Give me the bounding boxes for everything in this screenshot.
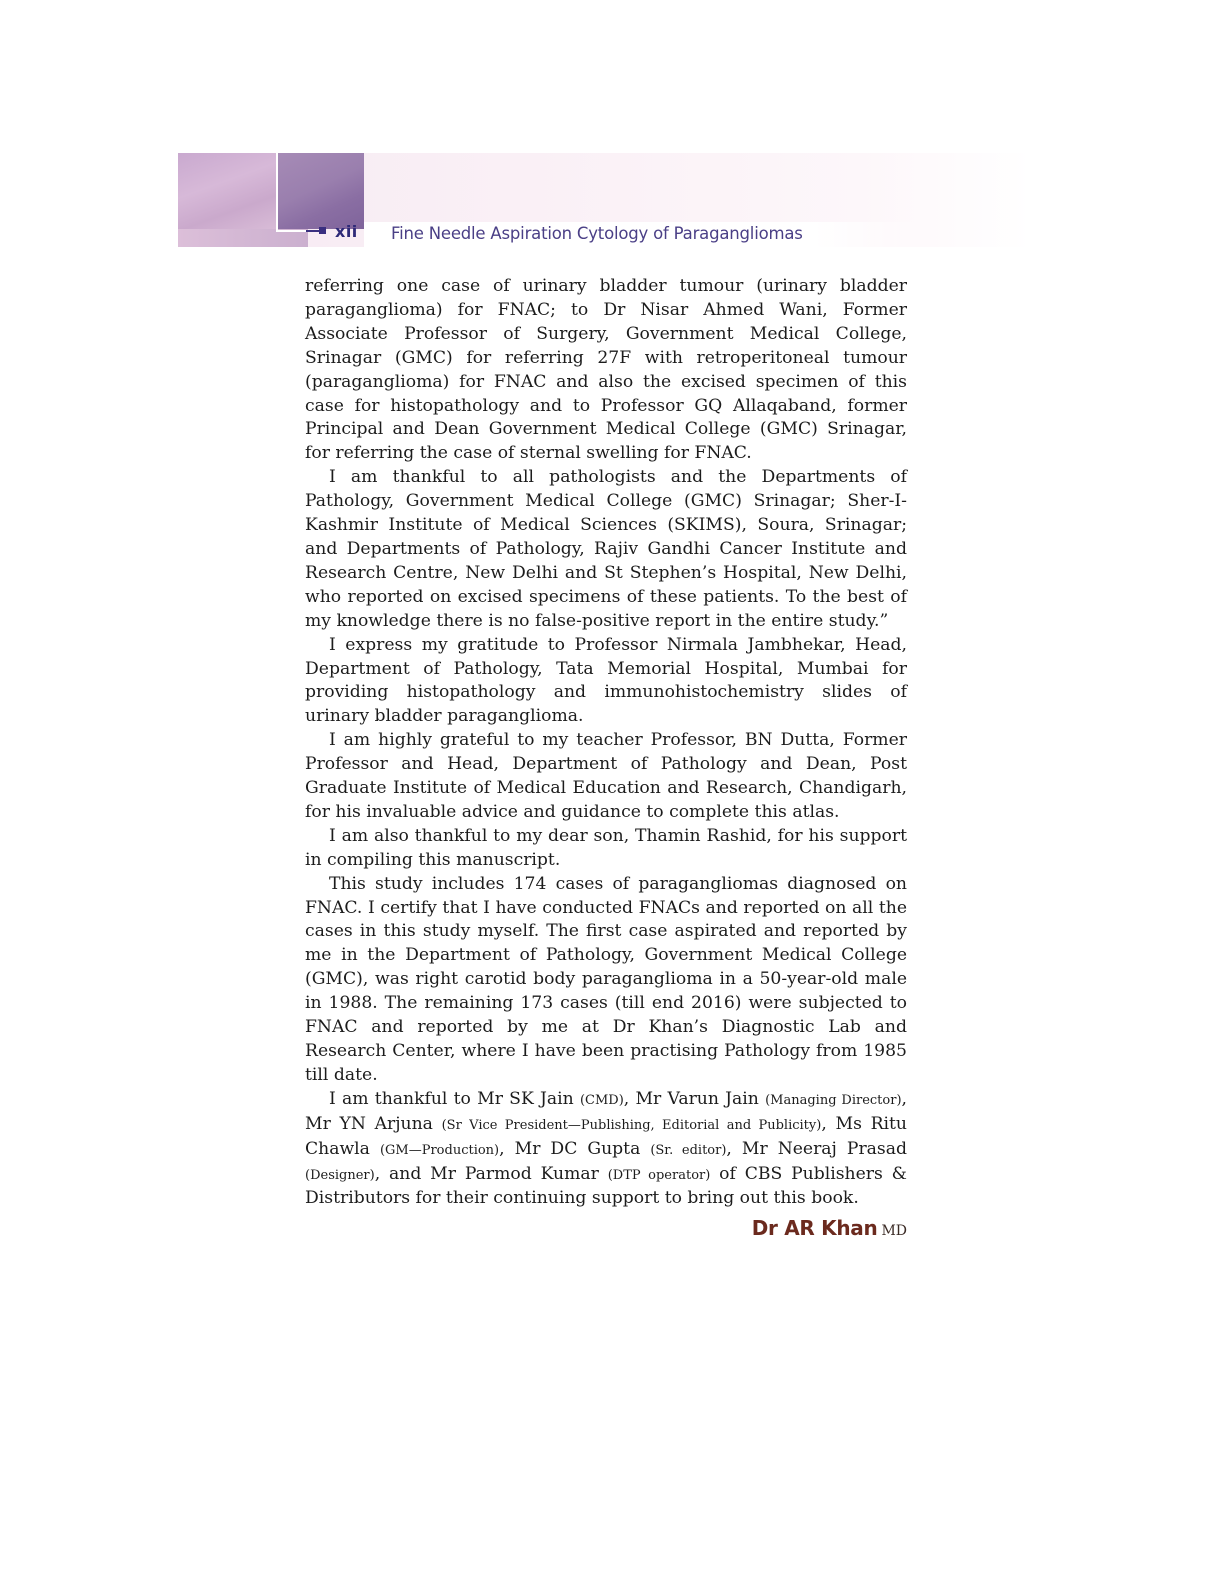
running-head-title: Fine Needle Aspiration Cytology of Parag… xyxy=(391,224,803,243)
header-decor-horizontal-line xyxy=(276,230,306,232)
body-text: referring one case of urinary bladder tu… xyxy=(305,275,907,1211)
ack-role: (DTP operator) xyxy=(608,1168,711,1183)
ack-text: , Mr Varun Jain xyxy=(624,1089,765,1109)
ack-text: , Mr Neeraj Prasad xyxy=(726,1139,907,1159)
author-degree: MD xyxy=(881,1223,907,1239)
paragraph-son: I am also thankful to my dear son, Thami… xyxy=(305,825,907,873)
header-decor-vertical-line xyxy=(276,153,278,232)
ack-text: I am thankful to Mr SK Jain xyxy=(329,1089,580,1109)
header-decor-square-icon xyxy=(319,227,326,234)
paragraph-teacher-dutta: I am highly grateful to my teacher Profe… xyxy=(305,729,907,825)
ack-role: (Sr. editor) xyxy=(650,1143,726,1158)
ack-text: , Mr DC Gupta xyxy=(499,1139,650,1159)
signature: Dr AR KhanMD xyxy=(752,1216,907,1240)
paragraph-publishers: I am thankful to Mr SK Jain (CMD), Mr Va… xyxy=(305,1088,907,1212)
ack-role: (CMD) xyxy=(580,1093,624,1108)
paragraph-gratitude-jambhekar: I express my gratitude to Professor Nirm… xyxy=(305,634,907,730)
page-number: xii xyxy=(335,222,358,241)
paragraph-continuation: referring one case of urinary bladder tu… xyxy=(305,275,907,466)
ack-role: (Sr Vice President—Publishing, Editorial… xyxy=(442,1118,822,1133)
paragraph-pathologists: I am thankful to all pathologists and th… xyxy=(305,466,907,633)
ack-role: (Managing Director) xyxy=(765,1093,901,1108)
ack-role: (Designer) xyxy=(305,1168,375,1183)
header-decor-block-right xyxy=(278,153,364,229)
ack-role: (GM—Production) xyxy=(380,1143,499,1158)
author-name: Dr AR Khan xyxy=(752,1216,878,1240)
ack-text: , and Mr Parmod Kumar xyxy=(375,1164,608,1184)
paragraph-study: This study includes 174 cases of paragan… xyxy=(305,873,907,1088)
